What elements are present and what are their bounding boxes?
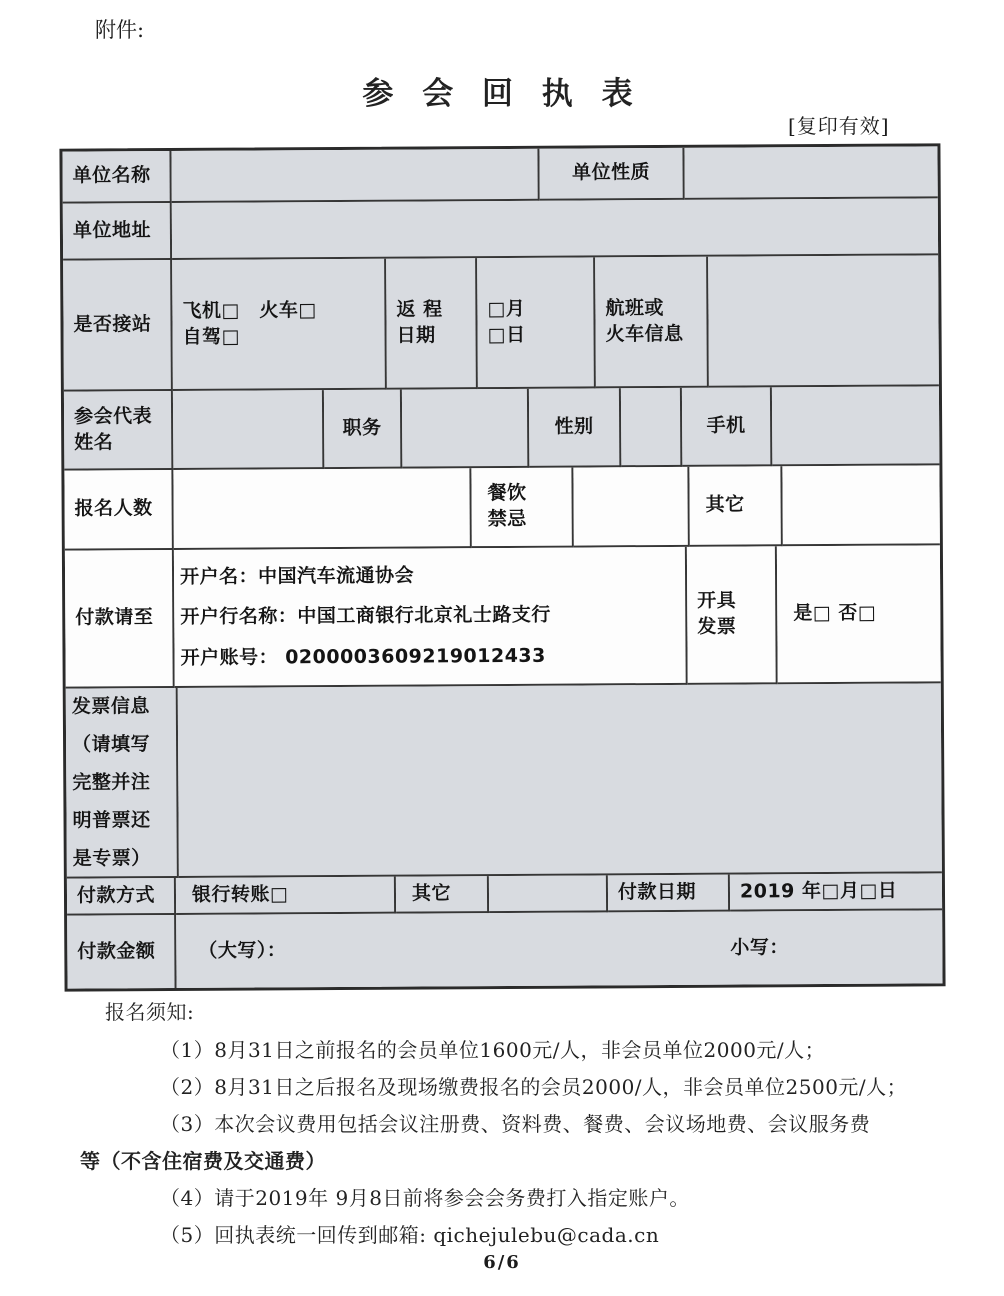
attachment-label: 附件: bbox=[95, 14, 144, 44]
delegate-name-field[interactable] bbox=[173, 390, 324, 470]
pay-date-label: 付款日期 bbox=[608, 875, 730, 913]
invoice-issue-label: 开具 发票 bbox=[687, 546, 778, 685]
note-item-3: （3）本次会议费用包括会议注册费、资料费、餐费、会议场地费、会议服务费 bbox=[160, 1108, 870, 1137]
page-number: 6/6 bbox=[0, 1252, 1004, 1273]
note-item-5: （5）回执表统一回传到邮箱: qichejulebu@cada.cn bbox=[160, 1219, 659, 1248]
bank-account-name: 开户名：中国汽车流通协会 bbox=[180, 563, 414, 590]
invoice-info-line4: 明普票还 bbox=[72, 801, 150, 839]
delegate-name-label: 参会代表 姓名 bbox=[64, 391, 173, 471]
pickup-label: 是否接站 bbox=[63, 260, 173, 392]
note-item-1: （1）8月31日之前报名的会员单位1600元/人，非会员单位2000元/人； bbox=[160, 1034, 825, 1063]
delegate-label-line1: 参会代表 bbox=[74, 404, 152, 430]
invoice-info-line5: 是专票） bbox=[73, 839, 151, 877]
return-day-checkbox: □日 bbox=[488, 322, 526, 348]
delegate-label-line2: 姓名 bbox=[74, 430, 113, 456]
bank-account-number: 开户账号： 0200003609219012433 bbox=[180, 643, 545, 671]
unit-address-label: 单位地址 bbox=[63, 203, 172, 261]
gender-field[interactable] bbox=[621, 388, 682, 467]
pickup-option-plane-train: 飞机□ 火车□ bbox=[182, 298, 317, 324]
return-month-checkbox: □月 bbox=[487, 297, 525, 323]
unit-nature-field[interactable] bbox=[684, 146, 937, 200]
invoice-info-line2: （请填写 bbox=[72, 725, 150, 763]
amount-field[interactable]: （大写）： 小写： bbox=[176, 910, 942, 988]
diet-taboo-label: 餐饮 禁忌 bbox=[471, 468, 573, 549]
mobile-label: 手机 bbox=[682, 387, 772, 467]
pay-other-label: 其它 bbox=[396, 876, 489, 914]
note-item-4: （4）请于2019年 9月8日前将参会会务费打入指定账户。 bbox=[160, 1182, 690, 1211]
invoice-info-field[interactable] bbox=[178, 683, 942, 878]
payto-label: 付款请至 bbox=[65, 550, 175, 689]
flight-info-field[interactable] bbox=[708, 255, 939, 387]
other-field[interactable] bbox=[782, 465, 939, 546]
pay-other-field[interactable] bbox=[489, 875, 608, 913]
pay-date-field[interactable]: 2019 年□月□日 bbox=[730, 873, 942, 911]
return-date-field[interactable]: □月 □日 bbox=[477, 257, 596, 389]
position-field[interactable] bbox=[402, 389, 529, 469]
position-label: 职务 bbox=[324, 390, 402, 469]
invoice-issue-line1: 开具 bbox=[697, 589, 736, 615]
bank-branch-name: 开户行名称：中国工商银行北京礼士路支行 bbox=[180, 603, 551, 631]
note-item-2: （2）8月31日之后报名及现场缴费报名的会员2000/人，非会员单位2500元/… bbox=[160, 1071, 907, 1100]
page-title: 参 会 回 执 表 bbox=[0, 68, 1004, 113]
unit-nature-label: 单位性质 bbox=[539, 148, 684, 201]
notes-heading: 报名须知: bbox=[105, 996, 194, 1025]
flight-info-label: 航班或 火车信息 bbox=[595, 257, 709, 389]
invoice-info-line3: 完整并注 bbox=[72, 763, 150, 801]
headcount-label: 报名人数 bbox=[64, 470, 173, 551]
note-item-3-continued: 等（不含住宿费及交通费） bbox=[80, 1145, 326, 1174]
pickup-option-selfdrive: 自驾□ bbox=[183, 324, 241, 350]
other-label: 其它 bbox=[689, 466, 782, 547]
reply-form-table: 单位名称 单位性质 单位地址 是否接站 飞机□ 火车□ 自驾□ 返 程 日期 □… bbox=[59, 143, 945, 991]
return-date-label-line1: 返 程 bbox=[396, 297, 442, 323]
flight-info-label-line2: 火车信息 bbox=[606, 321, 684, 347]
amount-small-label: 小写： bbox=[730, 935, 789, 961]
bank-transfer-checkbox[interactable]: 银行转账□ bbox=[176, 877, 396, 915]
invoice-issue-line2: 发票 bbox=[697, 615, 736, 641]
headcount-field[interactable] bbox=[173, 468, 471, 550]
invoice-info-label: 发票信息 （请填写 完整并注 明普票还 是专票） bbox=[66, 688, 179, 879]
flight-info-label-line1: 航班或 bbox=[605, 296, 664, 322]
pickup-options[interactable]: 飞机□ 火车□ 自驾□ bbox=[172, 259, 387, 391]
amount-capital-label: （大写）： bbox=[176, 938, 286, 964]
amount-label: 付款金额 bbox=[67, 915, 176, 989]
unit-name-label: 单位名称 bbox=[62, 151, 171, 204]
return-date-label: 返 程 日期 bbox=[386, 258, 478, 390]
diet-taboo-field[interactable] bbox=[573, 467, 689, 548]
invoice-info-line1: 发票信息 bbox=[72, 687, 150, 725]
pay-method-label: 付款方式 bbox=[67, 878, 176, 916]
unit-name-field[interactable] bbox=[171, 149, 539, 203]
copy-valid-note: [复印有效] bbox=[788, 110, 890, 139]
bank-info: 开户名：中国汽车流通协会 开户行名称：中国工商银行北京礼士路支行 开户账号： 0… bbox=[174, 547, 688, 688]
invoice-yes-no-checkboxes[interactable]: 是□ 否□ bbox=[777, 545, 941, 684]
mobile-field[interactable] bbox=[772, 386, 939, 466]
diet-label-line1: 餐饮 bbox=[487, 481, 526, 507]
unit-address-field[interactable] bbox=[172, 198, 938, 260]
return-date-label-line2: 日期 bbox=[397, 323, 436, 349]
gender-label: 性别 bbox=[529, 388, 621, 468]
diet-label-line2: 禁忌 bbox=[488, 507, 527, 533]
